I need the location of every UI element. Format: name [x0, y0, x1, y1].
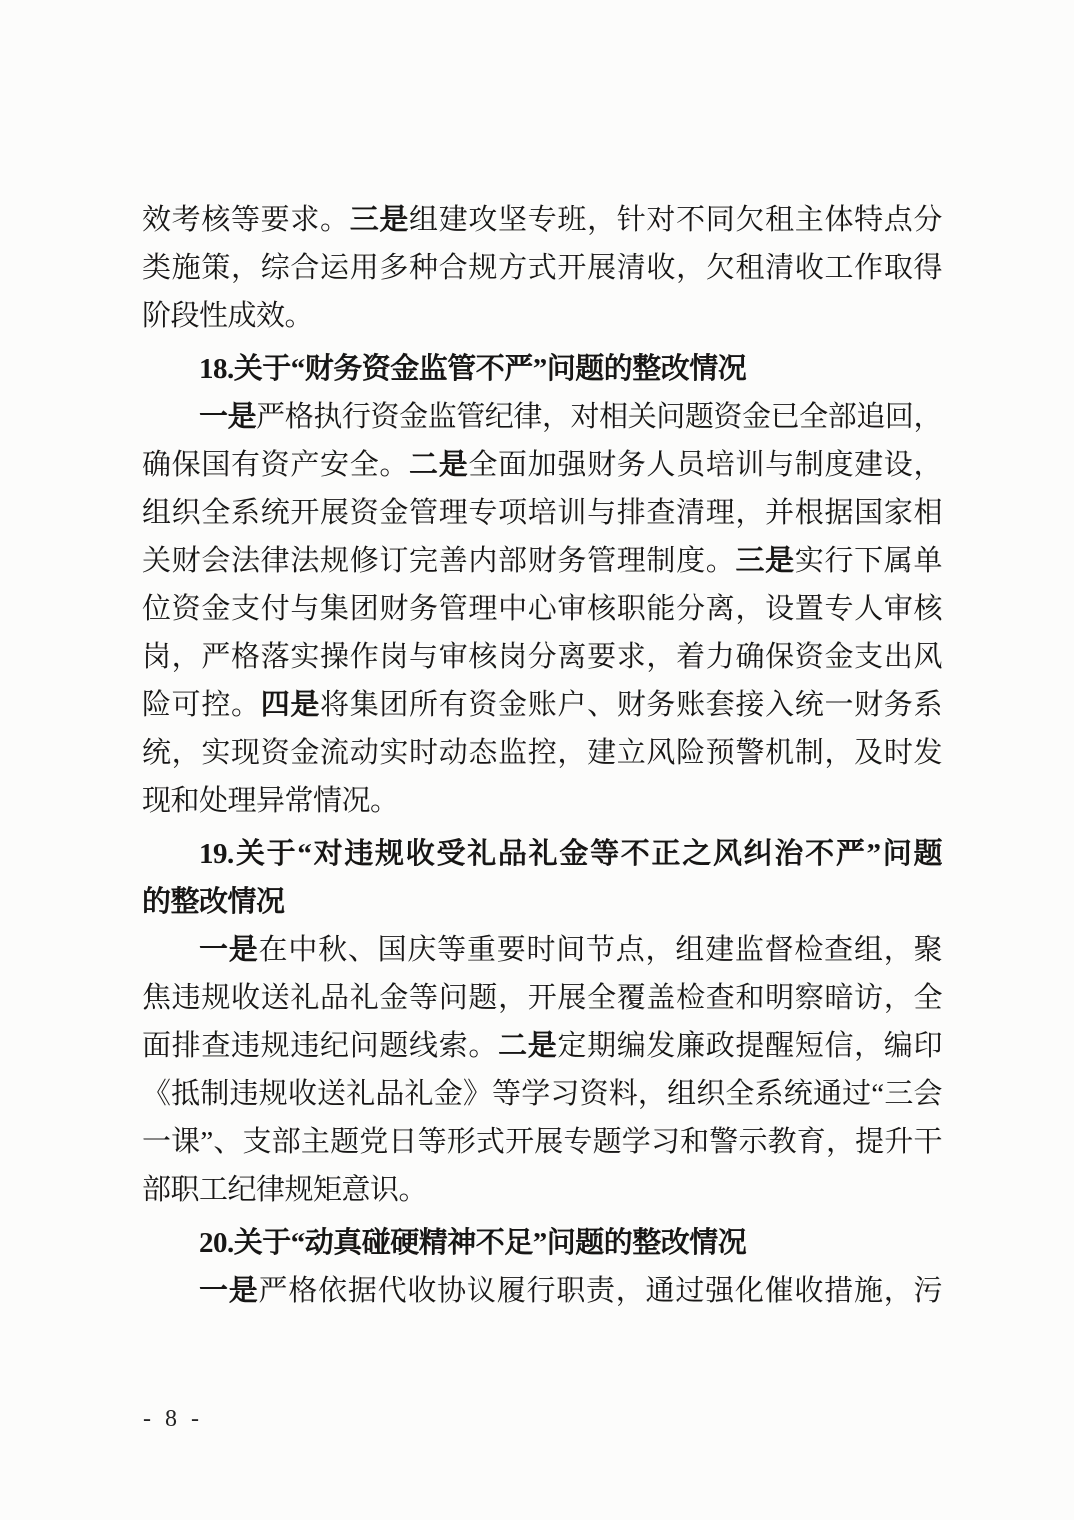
body-text-line: 效考核等要求。三是组建攻坚专班，针对不同欠租主体特点分 [142, 196, 942, 244]
body-text-line: 阶段性成效。 [142, 292, 942, 340]
text-segment: 现和处理异常情况。 [142, 785, 399, 817]
body-text-line: 险可控。四是将集团所有资金账户、财务账套接入统一财务系 [142, 681, 942, 729]
text-segment: 确保国有资产安全。 [142, 449, 409, 481]
emphasis-text: 二是 [498, 1030, 557, 1062]
body-text-line: 焦违规收送礼品礼金等问题，开展全覆盖检查和明察暗访，全 [142, 974, 942, 1022]
text-segment: 面排查违规违纪问题线索。 [142, 1030, 498, 1062]
body-text-line: 一是严格依据代收协议履行职责，通过强化催收措施，污 [142, 1267, 942, 1315]
emphasis-text: 三是 [350, 204, 409, 236]
body-text-line: 部职工纪律规矩意识。 [142, 1166, 942, 1214]
text-segment: 将集团所有资金账户、财务账套接入统一财务系 [320, 689, 942, 721]
text-segment: 定期编发廉政提醒短信，编印 [557, 1030, 942, 1062]
text-segment: 严格执行资金监管纪律，对相关问题资金已全部追回， [256, 401, 942, 433]
body-text-line: 一课”、支部主题党日等形式开展专题学习和警示教育，提升干 [142, 1118, 942, 1166]
emphasis-text: 一是 [199, 1275, 259, 1307]
emphasis-text: 四是 [261, 689, 320, 721]
text-segment: 类施策，综合运用多种合规方式开展清收，欠租清收工作取得 [142, 252, 942, 284]
body-text-line: 面排查违规违纪问题线索。二是定期编发廉政提醒短信，编印 [142, 1022, 942, 1070]
text-segment: 20.关于“动真碰硬精神不足”问题的整改情况 [199, 1227, 746, 1259]
section-heading-line: 20.关于“动真碰硬精神不足”问题的整改情况 [142, 1219, 942, 1267]
body-text-line: 确保国有资产安全。二是全面加强财务人员培训与制度建设， [142, 441, 942, 489]
text-segment: 19.关于“对违规收受礼品礼金等不正之风纠治不严”问题 [199, 838, 942, 870]
text-segment: 组织全系统开展资金管理专项培训与排查清理，并根据国家相 [142, 497, 942, 529]
text-segment: 位资金支付与集团财务管理中心审核职能分离，设置专人审核 [142, 593, 942, 625]
text-segment: 阶段性成效。 [142, 300, 313, 332]
body-text-line: 类施策，综合运用多种合规方式开展清收，欠租清收工作取得 [142, 244, 942, 292]
section-heading-line: 19.关于“对违规收受礼品礼金等不正之风纠治不严”问题 [142, 830, 942, 878]
text-segment: 效考核等要求。 [142, 204, 350, 236]
text-segment: 《抵制违规收送礼品礼金》等学习资料，组织全系统通过“三会 [142, 1078, 942, 1110]
body-text-line: 现和处理异常情况。 [142, 777, 942, 825]
section-heading-line: 18.关于“财务资金监管不严”问题的整改情况 [142, 345, 942, 393]
text-segment: 的整改情况 [142, 886, 285, 918]
text-segment: 组建攻坚专班，针对不同欠租主体特点分 [409, 204, 942, 236]
text-segment: 关财会法律法规修订完善内部财务管理制度。 [142, 545, 735, 577]
text-segment: 18.关于“财务资金监管不严”问题的整改情况 [199, 353, 746, 385]
text-segment: 统，实现资金流动实时动态监控，建立风险预警机制，及时发 [142, 737, 942, 769]
section-heading-line: 的整改情况 [142, 878, 942, 926]
text-segment: 险可控。 [142, 689, 261, 721]
text-segment: 在中秋、国庆等重要时间节点，组建监督检查组，聚 [259, 934, 942, 966]
body-text-line: 一是在中秋、国庆等重要时间节点，组建监督检查组，聚 [142, 926, 942, 974]
body-text-line: 《抵制违规收送礼品礼金》等学习资料，组织全系统通过“三会 [142, 1070, 942, 1118]
text-segment: 严格依据代收协议履行职责，通过强化催收措施，污 [259, 1275, 942, 1307]
text-segment: 部职工纪律规矩意识。 [142, 1174, 427, 1206]
text-segment: 一课”、支部主题党日等形式开展专题学习和警示教育，提升干 [142, 1126, 942, 1158]
body-text-line: 关财会法律法规修订完善内部财务管理制度。三是实行下属单 [142, 537, 942, 585]
text-segment: 焦违规收送礼品礼金等问题，开展全覆盖检查和明察暗访，全 [142, 982, 942, 1014]
body-text-line: 一是严格执行资金监管纪律，对相关问题资金已全部追回， [142, 393, 942, 441]
body-text-line: 岗，严格落实操作岗与审核岗分离要求，着力确保资金支出风 [142, 633, 942, 681]
body-text-line: 统，实现资金流动实时动态监控，建立风险预警机制，及时发 [142, 729, 942, 777]
emphasis-text: 一是 [199, 401, 256, 433]
emphasis-text: 一是 [199, 934, 259, 966]
text-segment: 全面加强财务人员培训与制度建设， [468, 449, 942, 481]
page-number: - 8 - [143, 1406, 203, 1433]
body-text-line: 组织全系统开展资金管理专项培训与排查清理，并根据国家相 [142, 489, 942, 537]
text-segment: 实行下属单 [795, 545, 942, 577]
body-text-line: 位资金支付与集团财务管理中心审核职能分离，设置专人审核 [142, 585, 942, 633]
document-text: 效考核等要求。三是组建攻坚专班，针对不同欠租主体特点分类施策，综合运用多种合规方… [142, 196, 942, 1315]
text-segment: 岗，严格落实操作岗与审核岗分离要求，着力确保资金支出风 [142, 641, 942, 673]
emphasis-text: 二是 [409, 449, 468, 481]
emphasis-text: 三是 [735, 545, 794, 577]
